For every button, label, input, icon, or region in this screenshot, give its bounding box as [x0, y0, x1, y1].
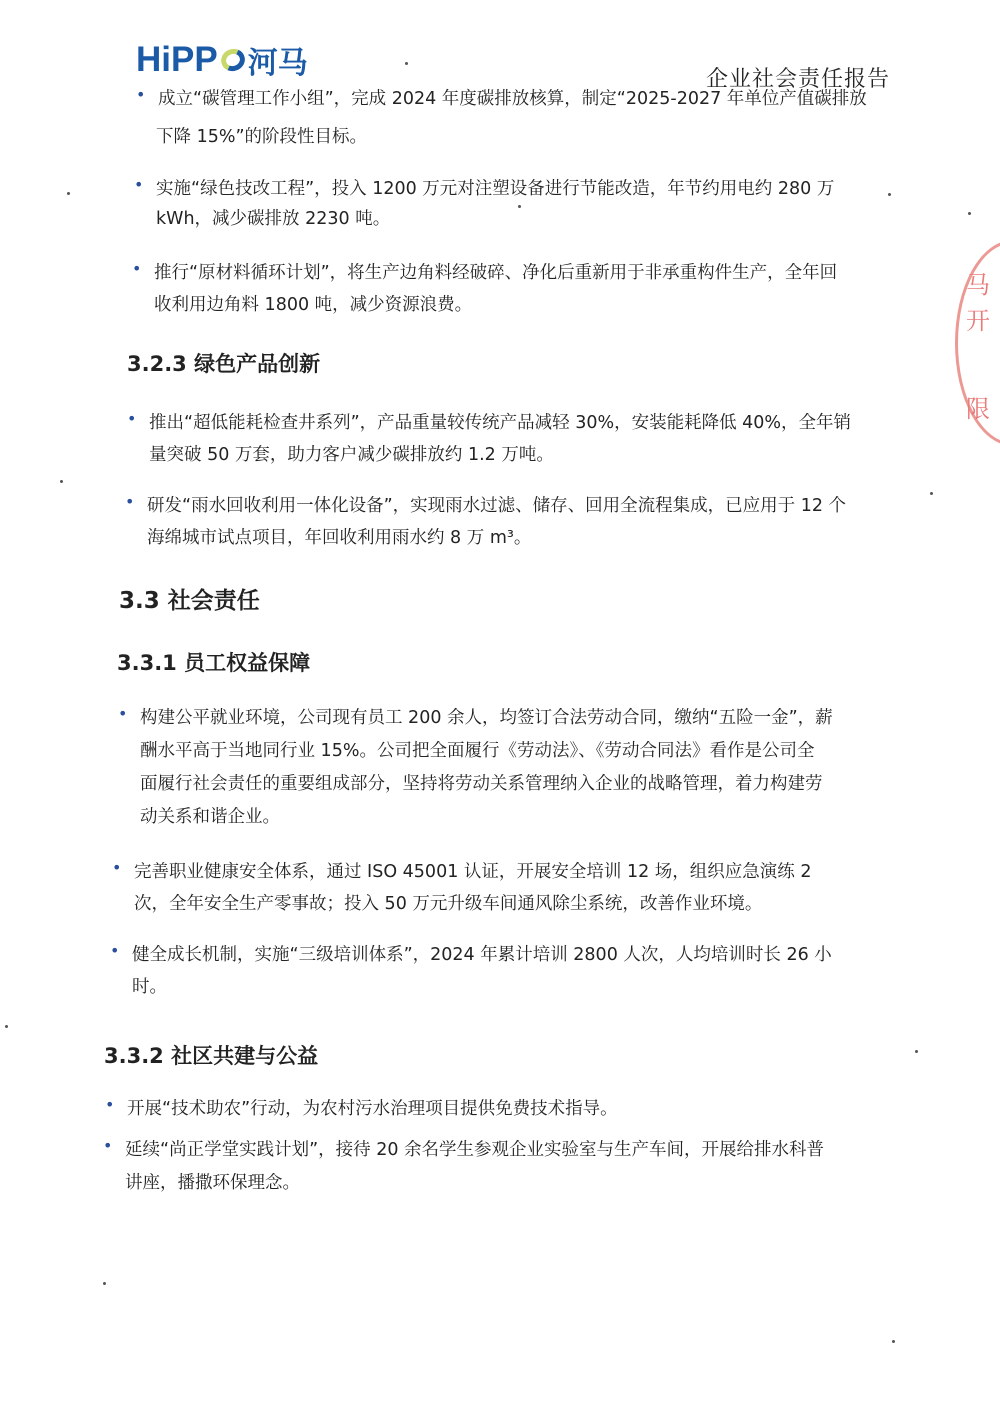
- list-item: • 实施“绿色技改工程”，投入 1200 万元对注塑设备进行节能改造，年节约用电…: [156, 174, 834, 234]
- list-item: • 推行“原材料循环计划”，将生产边角料经破碎、净化后重新用于非承重构件生产，全…: [154, 258, 837, 320]
- list-item: • 研发“雨水回收利用一体化设备”，实现雨水过滤、储存、回用全流程集成，已应用于…: [147, 491, 846, 553]
- section-heading-3-3-1: 3.3.1 员工权益保障: [117, 647, 310, 677]
- bullet-icon: •: [125, 487, 134, 517]
- list-item: • 构建公平就业环境，公司现有员工 200 余人，均签订合法劳动合同，缴纳“五险…: [140, 703, 833, 832]
- scan-speck: [888, 193, 891, 196]
- logo-cn-text: 河马: [248, 38, 308, 82]
- scan-speck: [892, 1340, 895, 1343]
- list-item: • 健全成长机制，实施“三级培训体系”，2024 年累计培训 2800 人次，人…: [132, 940, 832, 1002]
- scan-speck: [405, 62, 408, 65]
- bullet-icon: •: [118, 699, 127, 729]
- company-seal-stamp: 马 开 限: [955, 240, 1000, 446]
- section-heading-3-3-2: 3.3.2 社区共建与公益: [104, 1040, 318, 1070]
- logo-ring-icon: [218, 46, 248, 75]
- logo-latin-text: HiPP: [136, 40, 218, 80]
- list-item: • 成立“碳管理工作小组”，完成 2024 年度碳排放核算，制定“2025-20…: [158, 84, 867, 152]
- scan-speck: [930, 492, 933, 495]
- scan-speck: [915, 1050, 918, 1053]
- scan-speck: [67, 192, 70, 195]
- list-item: • 开展“技术助农”行动，为农村污水治理项目提供免费技术指导。: [127, 1094, 618, 1124]
- hippo-logo: HiPP 河马: [136, 40, 308, 80]
- bullet-icon: •: [110, 936, 119, 966]
- bullet-icon: •: [127, 404, 136, 434]
- list-item: • 完善职业健康安全体系，通过 ISO 45001 认证，开展安全培训 12 场…: [134, 857, 812, 919]
- bullet-icon: •: [105, 1090, 114, 1120]
- section-heading-3-2-3: 3.2.3 绿色产品创新: [127, 348, 320, 378]
- bullet-icon: •: [132, 254, 141, 284]
- bullet-icon: •: [112, 853, 121, 883]
- scan-speck: [103, 1282, 106, 1285]
- scan-speck: [518, 205, 521, 208]
- section-heading-3-3: 3.3 社会责任: [119, 582, 260, 615]
- bullet-icon: •: [103, 1131, 112, 1161]
- scan-speck: [60, 480, 63, 483]
- bullet-icon: •: [136, 80, 145, 110]
- bullet-icon: •: [134, 170, 143, 200]
- scan-speck: [968, 212, 971, 215]
- list-item: • 延续“尚正学堂实践计划”，接待 20 余名学生参观企业实验室与生产车间，开展…: [125, 1135, 824, 1198]
- list-item: • 推出“超低能耗检查井系列”，产品重量较传统产品减轻 30%，安装能耗降低 4…: [149, 408, 851, 470]
- scan-speck: [5, 1025, 8, 1028]
